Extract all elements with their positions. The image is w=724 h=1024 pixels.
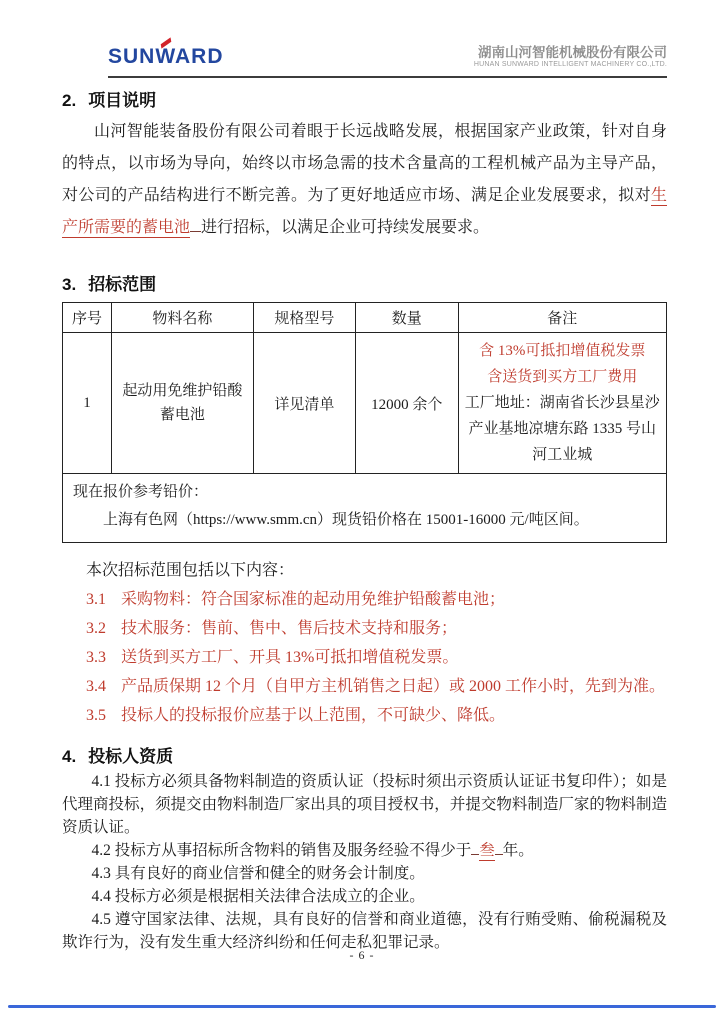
paragraph-text-after: 进行招标，以满足企业可持续发展要求。 — [201, 219, 489, 236]
scope-item-text: 投标人的投标报价应基于以上范围，不可缺少、降低。 — [121, 707, 505, 724]
qualification-item-4-3: 4.3 具有良好的商业信誉和健全的财务会计制度。 — [62, 862, 667, 885]
sunward-logo: SUNWARD — [108, 45, 224, 69]
section-4-title: 投标人资质 — [88, 747, 173, 766]
table-header-row: 序号 物料名称 规格型号 数量 备注 — [63, 303, 667, 333]
scope-item-number: 3.5 — [86, 707, 106, 724]
underline-blank — [495, 840, 503, 856]
cell-spec: 详见清单 — [253, 333, 355, 474]
bottom-blue-scan-line — [8, 1005, 716, 1008]
logo-text: SUNWARD — [108, 45, 224, 68]
page-header: SUNWARD 湖南山河智能机械股份有限公司 HUNAN SUNWARD INT… — [108, 45, 667, 78]
scope-item-3-3: 3.3送货到买方工厂、开具 13%可抵扣增值税发票。 — [86, 643, 667, 672]
bid-scope-table: 序号 物料名称 规格型号 数量 备注 1 起动用免维护铅酸蓄电池 详见清单 12… — [62, 302, 667, 543]
col-header-qty: 数量 — [355, 303, 458, 333]
section-4-heading: 4.投标人资质 — [62, 746, 667, 768]
cell-seq: 1 — [63, 333, 112, 474]
scope-item-text: 送货到买方工厂、开具 13%可抵扣增值税发票。 — [121, 649, 458, 666]
section-3-number: 3. — [62, 275, 76, 294]
scope-item-3-5: 3.5投标人的投标报价应基于以上范围，不可缺少、降低。 — [86, 701, 667, 730]
remark-delivery-cost: 含送货到买方工厂费用 — [465, 364, 660, 390]
qualification-item-4-1: 4.1 投标方必须具备物料制造的资质认证（投标时须出示资质认证证书复印件）；如是… — [62, 770, 667, 839]
scope-item-number: 3.1 — [86, 591, 106, 608]
underline-blank — [190, 216, 201, 232]
scope-item-list: 3.1采购物料：符合国家标准的起动用免维护铅酸蓄电池； 3.2技术服务：售前、售… — [62, 585, 667, 730]
col-header-material: 物料名称 — [111, 303, 253, 333]
scope-intro-text: 本次招标范围包括以下内容： — [62, 556, 667, 585]
col-header-remark: 备注 — [458, 303, 666, 333]
remark-vat-invoice: 含 13%可抵扣增值税发票 — [465, 338, 660, 364]
page-number: - 6 - — [0, 948, 724, 963]
cell-remark: 含 13%可抵扣增值税发票 含送货到买方工厂费用 工厂地址：湖南省长沙县星沙产业… — [458, 333, 666, 474]
section-2-title: 项目说明 — [88, 91, 156, 110]
scope-item-3-4: 3.4产品质保期 12 个月（自甲方主机销售之日起）或 2000 工作小时，先到… — [86, 672, 667, 701]
scope-item-text: 技术服务：售前、售中、售后技术支持和服务； — [121, 620, 457, 637]
project-description-paragraph: 山河智能装备股份有限公司着眼于长远战略发展，根据国家产业政策，针对自身的特点，以… — [62, 116, 667, 244]
scope-item-3-2: 3.2技术服务：售前、售中、售后技术支持和服务； — [86, 614, 667, 643]
col-header-spec: 规格型号 — [253, 303, 355, 333]
scope-item-text: 采购物料：符合国家标准的起动用免维护铅酸蓄电池； — [121, 591, 505, 608]
qualification-item-4-4: 4.4 投标方必须是根据相关法律合法成立的企业。 — [62, 885, 667, 908]
section-2-number: 2. — [62, 91, 76, 110]
paragraph-text: 山河智能装备股份有限公司着眼于长远战略发展，根据国家产业政策，针对自身的特点，以… — [62, 123, 667, 204]
scope-item-text: 产品质保期 12 个月（自甲方主机销售之日起）或 2000 工作小时，先到为准。 — [121, 678, 665, 695]
qualification-item-4-2: 4.2 投标方从事招标所含物料的销售及服务经验不得少于叁年。 — [62, 839, 667, 862]
scope-item-3-1: 3.1采购物料：符合国家标准的起动用免维护铅酸蓄电池； — [86, 585, 667, 614]
table-price-note-row: 现在报价参考铅价： 上海有色网（https://www.smm.cn）现货铅价格… — [63, 474, 667, 543]
price-note-title: 现在报价参考铅价： — [73, 478, 656, 506]
section-3-heading: 3.招标范围 — [62, 274, 667, 296]
company-name-block: 湖南山河智能机械股份有限公司 HUNAN SUNWARD INTELLIGENT… — [474, 45, 667, 69]
table-row: 1 起动用免维护铅酸蓄电池 详见清单 12000 余个 含 13%可抵扣增值税发… — [63, 333, 667, 474]
item-4-2-text: 4.2 投标方从事招标所含物料的销售及服务经验不得少于 — [91, 842, 471, 859]
cell-material: 起动用免维护铅酸蓄电池 — [111, 333, 253, 474]
scope-item-number: 3.3 — [86, 649, 106, 666]
company-name-en: HUNAN SUNWARD INTELLIGENT MACHINERY CO.,… — [474, 61, 667, 69]
price-note-detail: 上海有色网（https://www.smm.cn）现货铅价格在 15001-16… — [73, 506, 656, 534]
cell-price-note: 现在报价参考铅价： 上海有色网（https://www.smm.cn）现货铅价格… — [63, 474, 667, 543]
company-name-cn: 湖南山河智能机械股份有限公司 — [474, 45, 667, 61]
document-page: SUNWARD 湖南山河智能机械股份有限公司 HUNAN SUNWARD INT… — [0, 0, 724, 954]
underline-blank — [471, 840, 479, 856]
scope-item-number: 3.4 — [86, 678, 106, 695]
section-3-title: 招标范围 — [88, 275, 156, 294]
remark-factory-address: 工厂地址：湖南省长沙县星沙产业基地凉塘东路 1335 号山河工业城 — [465, 390, 660, 468]
section-4-number: 4. — [62, 747, 76, 766]
scope-item-number: 3.2 — [86, 620, 106, 637]
cell-qty: 12000 余个 — [355, 333, 458, 474]
item-4-2-text-after: 年。 — [503, 842, 534, 859]
section-2-heading: 2.项目说明 — [62, 90, 667, 112]
col-header-seq: 序号 — [63, 303, 112, 333]
years-value-highlight: 叁 — [479, 842, 495, 861]
